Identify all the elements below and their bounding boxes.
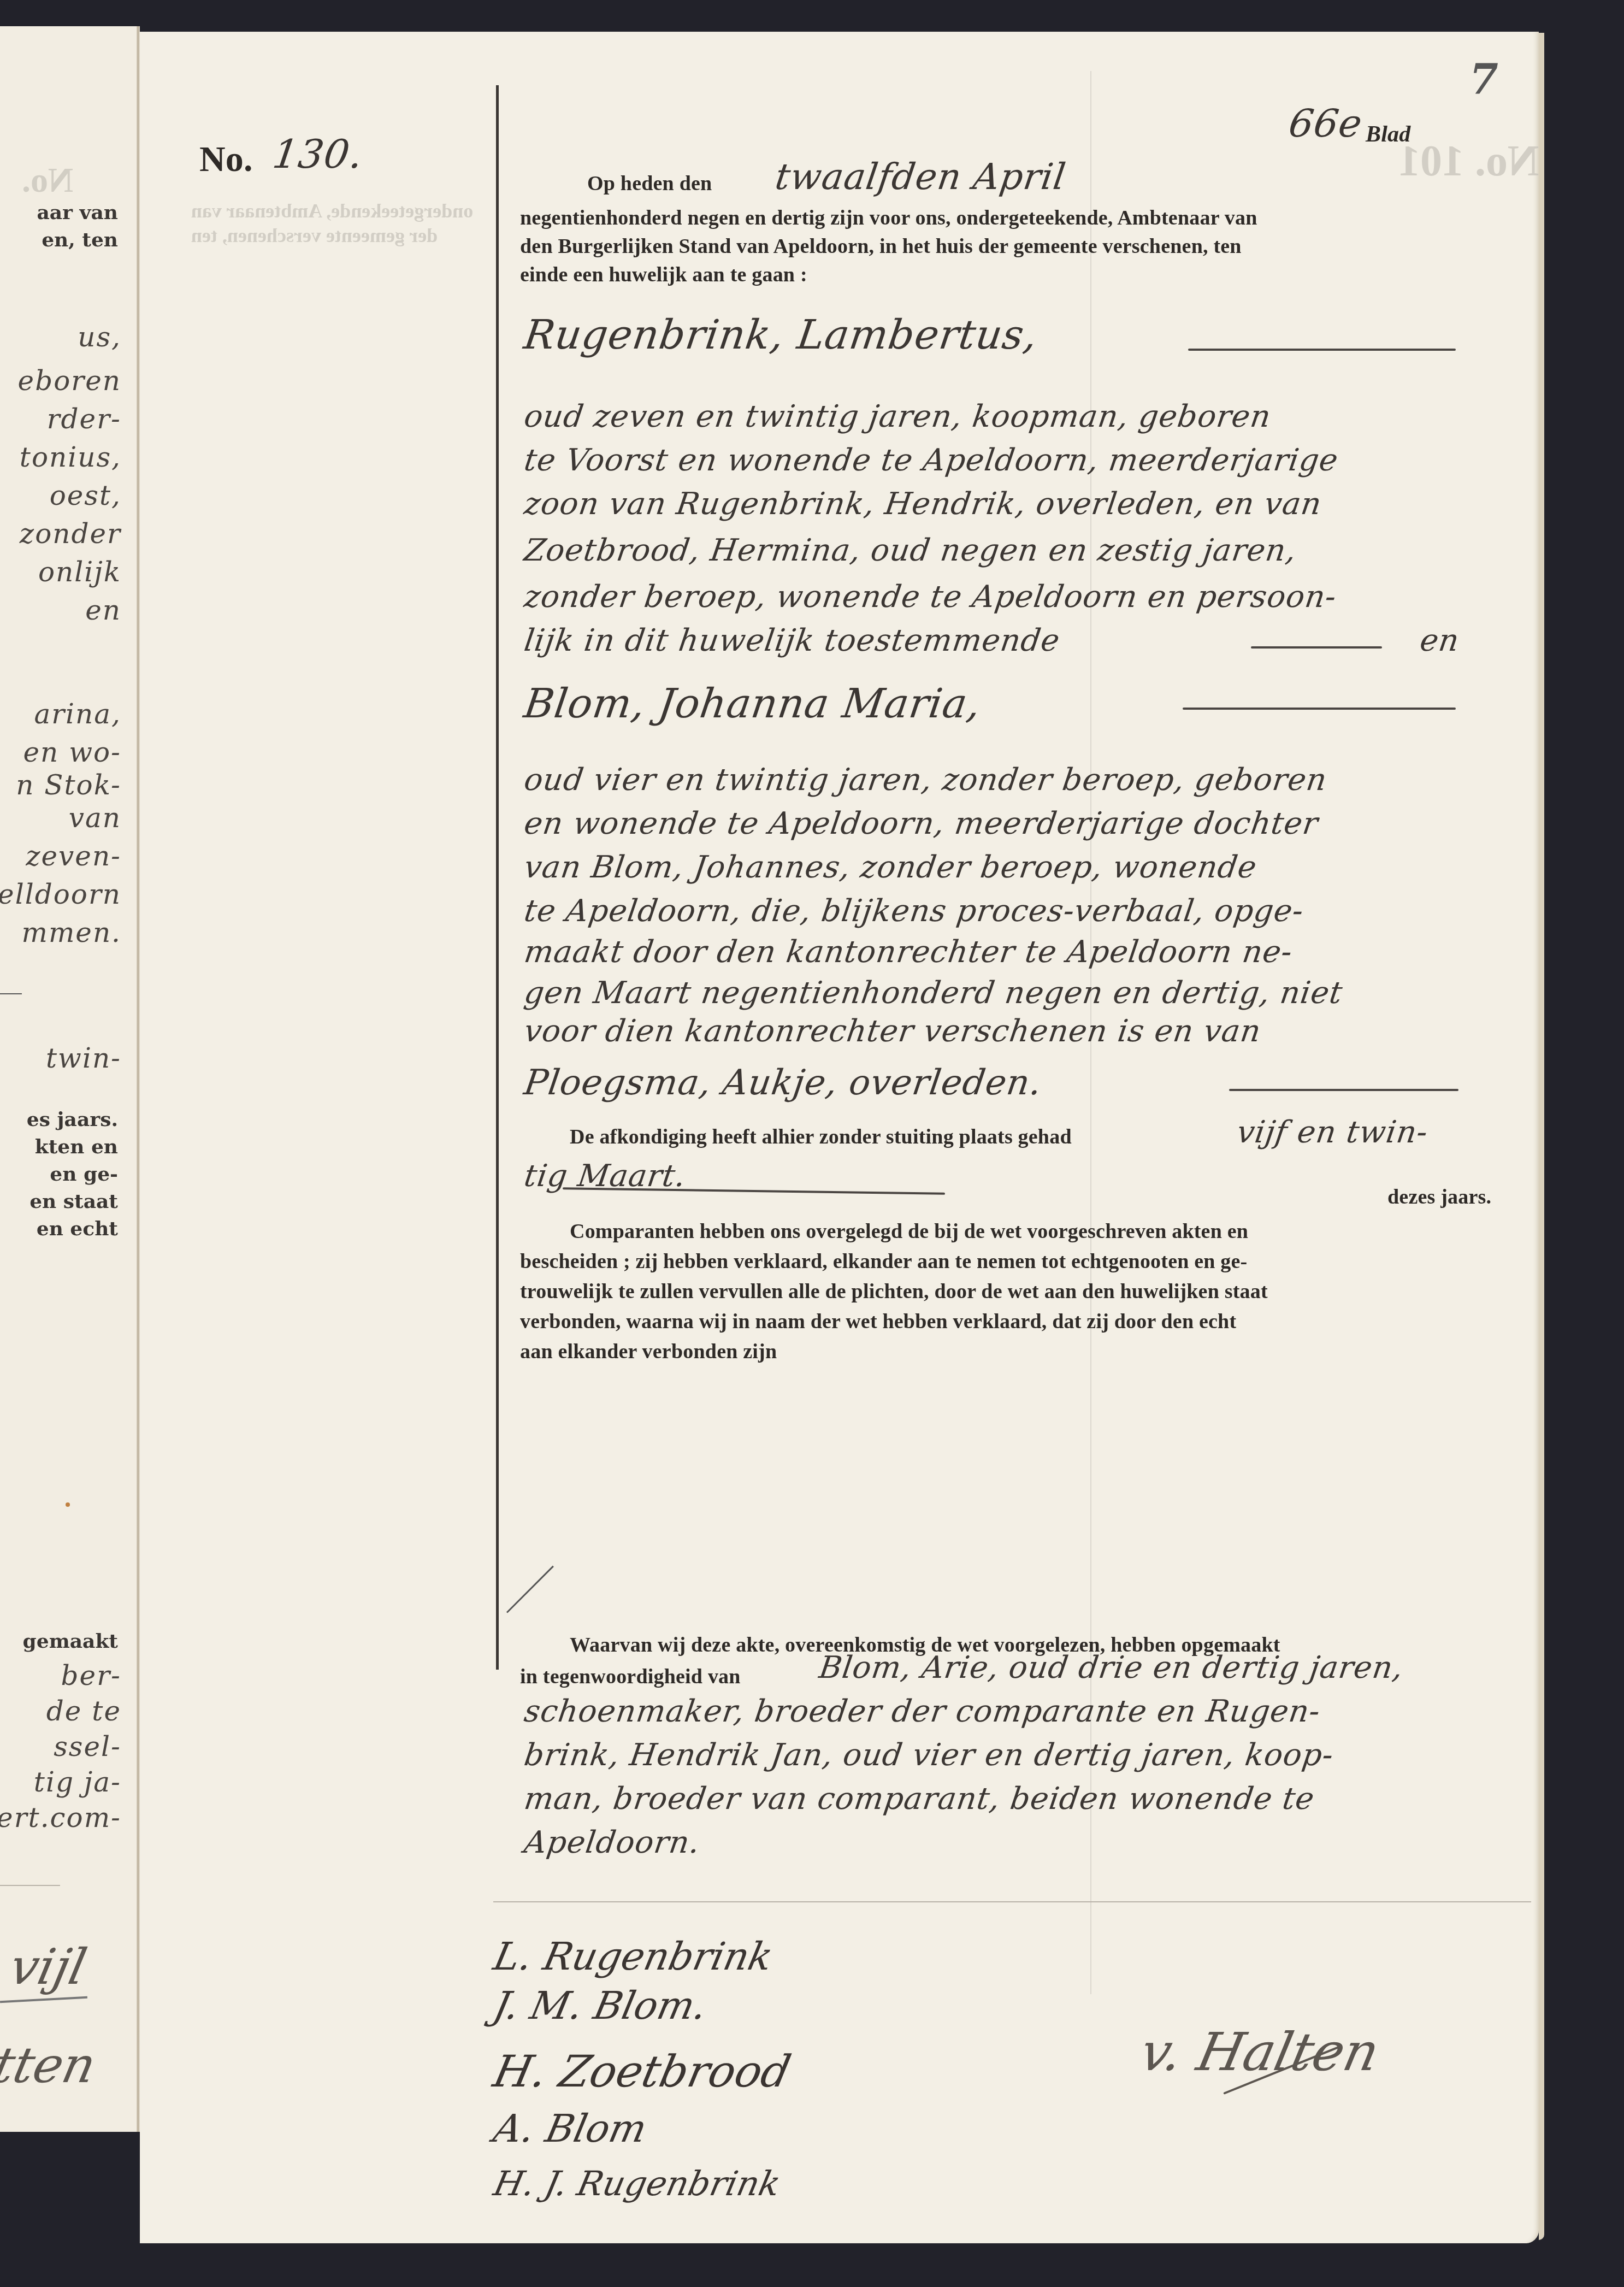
left-hand-line: rder- <box>47 403 121 435</box>
left-hand-line: van <box>69 802 121 834</box>
left-signature: vijl <box>5 1938 92 1996</box>
left-hand-line: n Stok- <box>16 769 121 801</box>
left-printed-line: en, ten <box>42 228 118 251</box>
left-rule <box>0 1885 60 1886</box>
ghost-act-number: No. 101 <box>1398 137 1539 186</box>
margin-rule <box>496 85 499 1670</box>
left-signature: tten <box>0 2037 101 2094</box>
opening-line: negentienhonderd negen en dertig zijn vo… <box>520 204 1257 232</box>
left-hand-line: onlijk <box>38 556 121 588</box>
left-hand-line: eboren <box>18 365 121 397</box>
sheet-number: 66e <box>1286 101 1365 146</box>
left-printed-line: en ge- <box>50 1163 118 1186</box>
ghost-text: ondergeteekende, Ambtenaar van <box>191 199 473 222</box>
groom-line: oud zeven en twintig jaren, koopman, geb… <box>522 399 1273 434</box>
opening-line: einde een huwelijk aan te gaan : <box>520 261 807 289</box>
groom-line: zonder beroep, wonende te Apeldoorn en p… <box>522 579 1338 615</box>
bride-line: oud vier en twintig jaren, zonder beroep… <box>522 762 1329 798</box>
signature-groom: L. Rugenbrink <box>489 1934 777 1979</box>
groom-line: zoon van Rugenbrink, Hendrik, overleden,… <box>522 486 1324 522</box>
groom-line: Zoetbrood, Hermina, oud negen en zestig … <box>522 533 1298 568</box>
groom-line: lijk in dit huwelijk toestemmende <box>522 623 1062 658</box>
announcement-date: vijf en twin- <box>1235 1115 1430 1150</box>
witness-line: brink, Hendrik Jan, oud vier en dertig j… <box>522 1737 1336 1773</box>
witness-line: man, broeder van comparant, beiden wonen… <box>522 1781 1316 1817</box>
act-number: 130. <box>270 131 366 177</box>
left-page-fragment: No. aar van en, ten us, eboren rder- ton… <box>0 26 138 2132</box>
witness-line: Apeldoorn. <box>522 1825 702 1860</box>
ghost-text: der gemeente verschenen, ten <box>191 224 438 247</box>
left-printed-line: gemaakt <box>23 1630 118 1653</box>
opening-line: den Burgerlijken Stand van Apeldoorn, in… <box>520 232 1242 261</box>
ghost-no-label: No. <box>22 160 73 201</box>
witness-line: schoenmaker, broeder der comparante en R… <box>522 1694 1322 1729</box>
signature-registrar: v. Halten <box>1135 2021 1385 2083</box>
declaration-line: bescheiden ; zij hebben verklaard, elkan… <box>520 1247 1247 1276</box>
left-hand-line: twin- <box>46 1042 121 1074</box>
left-hand-line: ber- <box>61 1660 121 1691</box>
left-printed-line: aar van <box>37 201 118 224</box>
left-hand-line: us, <box>78 321 121 353</box>
signature-witness-2: H. J. Rugenbrink <box>490 2164 784 2203</box>
declaration-line: Comparanten hebben ons overgelegd de bij… <box>570 1217 1248 1246</box>
sheet-label: Blad <box>1366 120 1410 149</box>
groom-line-conjunction: en <box>1418 623 1461 658</box>
bride-line: gen Maart negentienhonderd negen en dert… <box>522 975 1345 1011</box>
left-hand-line: oest, <box>50 480 121 511</box>
fill-rule <box>1188 349 1456 351</box>
marriage-date: twaalfden April <box>773 156 1069 198</box>
left-hand-line: elldoorn <box>0 879 121 910</box>
witness-line: Blom, Arie, oud drie en dertig jaren, <box>817 1650 1406 1685</box>
opening-printed: Op heden den <box>587 169 712 198</box>
fill-rule <box>1251 646 1382 649</box>
declaration-line: verbonden, waarna wij in naam der wet he… <box>520 1307 1236 1336</box>
act-number-label: No. <box>199 138 253 181</box>
declaration-line: aan elkander verbonden zijn <box>520 1337 777 1366</box>
left-printed-line: kten en <box>35 1135 118 1158</box>
fill-rule <box>1183 708 1456 710</box>
groom-line: te Voorst en wonende te Apeldoorn, meerd… <box>522 443 1340 478</box>
signature-mother: H. Zoetbrood <box>489 2046 795 2097</box>
bride-name: Blom, Johanna Maria, <box>521 680 984 727</box>
announcement-printed: De afkondiging heeft alhier zonder stuit… <box>570 1123 1072 1151</box>
left-hand-line: zeven- <box>26 840 121 872</box>
declaration-line: trouwelijk te zullen vervullen alle de p… <box>520 1277 1268 1306</box>
left-printed-line: en staat <box>29 1190 118 1213</box>
fill-rule <box>1229 1089 1458 1091</box>
groom-name: Rugenbrink, Lambertus, <box>521 311 1041 358</box>
signature-bride: J. M. Blom. <box>489 1983 711 2028</box>
left-hand-line: ssel- <box>54 1731 121 1763</box>
left-hand-line: de te <box>46 1695 121 1727</box>
left-hand-line: ert.com- <box>0 1802 121 1834</box>
left-hand-line: tig ja- <box>34 1766 121 1798</box>
left-hand-line: en <box>85 594 121 626</box>
bride-line: van Blom, Johannes, zonder beroep, wonen… <box>522 850 1259 885</box>
left-hand-line: tonius, <box>20 441 121 473</box>
left-hand-line: arina, <box>34 698 121 730</box>
signature-witness-1: A. Blom <box>489 2106 651 2151</box>
bride-line: Ploegsma, Aukje, overleden. <box>522 1063 1044 1103</box>
bride-line: maakt door den kantonrechter te Apeldoor… <box>522 934 1295 970</box>
left-rule <box>0 1996 87 2003</box>
page-edge <box>1539 33 1544 2240</box>
left-printed-line: en echt <box>37 1217 118 1240</box>
ink-spot <box>66 1502 70 1507</box>
announcement-suffix: dezes jaars. <box>1387 1183 1491 1211</box>
bride-line: voor dien kantonrechter verschenen is en… <box>522 1013 1263 1049</box>
witness-printed: in tegenwoordigheid van <box>520 1663 741 1691</box>
left-hand-line: mmen. <box>21 917 121 948</box>
bride-line: te Apeldoorn, die, blijkens proces-verba… <box>522 893 1306 929</box>
left-printed-line: es jaars. <box>27 1108 118 1131</box>
corner-folio-mark: 7 <box>1469 55 1498 103</box>
bride-line: en wonende te Apeldoorn, meerderjarige d… <box>522 806 1320 841</box>
left-hand-line: en wo- <box>23 736 121 768</box>
left-rule <box>0 993 22 994</box>
signature-separator <box>493 1901 1531 1902</box>
left-hand-line: zonder <box>20 518 121 550</box>
